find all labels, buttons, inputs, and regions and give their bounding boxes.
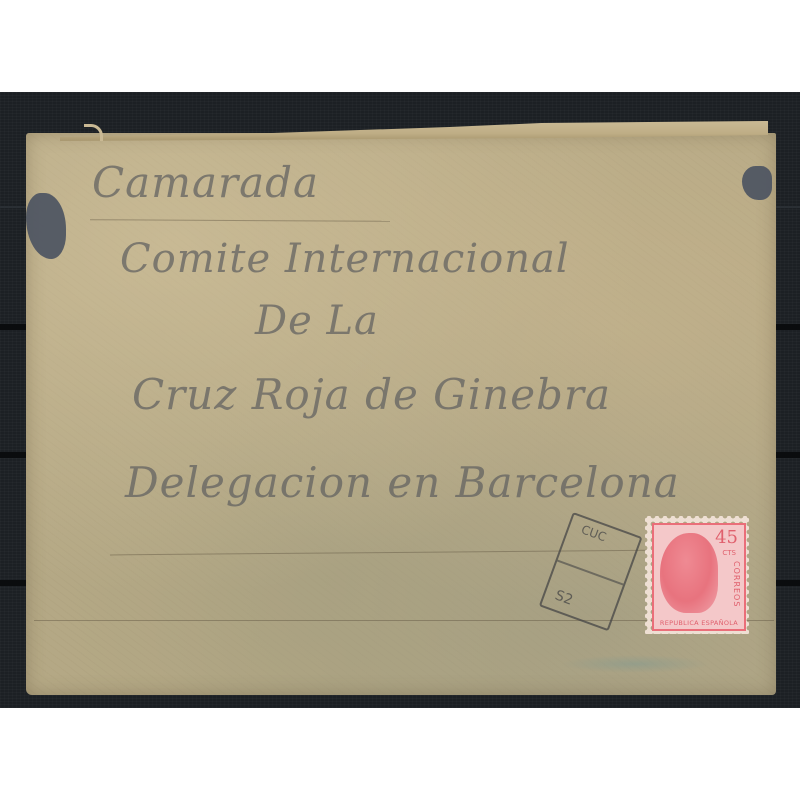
postage-stamp: 45 CTS CORREOS REPUBLICA ESPAÑOLA: [652, 523, 746, 631]
stamp-unit: CTS: [722, 549, 736, 557]
address-line-3: De La: [255, 298, 379, 344]
address-line-1: Camarada: [92, 158, 319, 207]
postmark-top-text: CUC: [579, 522, 608, 544]
stamp-side-text: CORREOS: [732, 561, 741, 607]
address-line-4: Cruz Roja de Ginebra: [132, 370, 611, 419]
stamp-country: REPUBLICA ESPAÑOLA: [656, 619, 742, 627]
address-line-2: Comite Internacional: [120, 236, 570, 282]
ink-smudge: [560, 655, 710, 673]
stamp-value: 45: [715, 527, 738, 548]
stamp-portrait-icon: [660, 533, 718, 613]
postmark-bottom-text: S2: [553, 588, 575, 609]
ink-stain-right: [742, 166, 772, 200]
postmark-divider: [557, 560, 623, 586]
address-line-5: Delegacion en Barcelona: [125, 458, 680, 507]
